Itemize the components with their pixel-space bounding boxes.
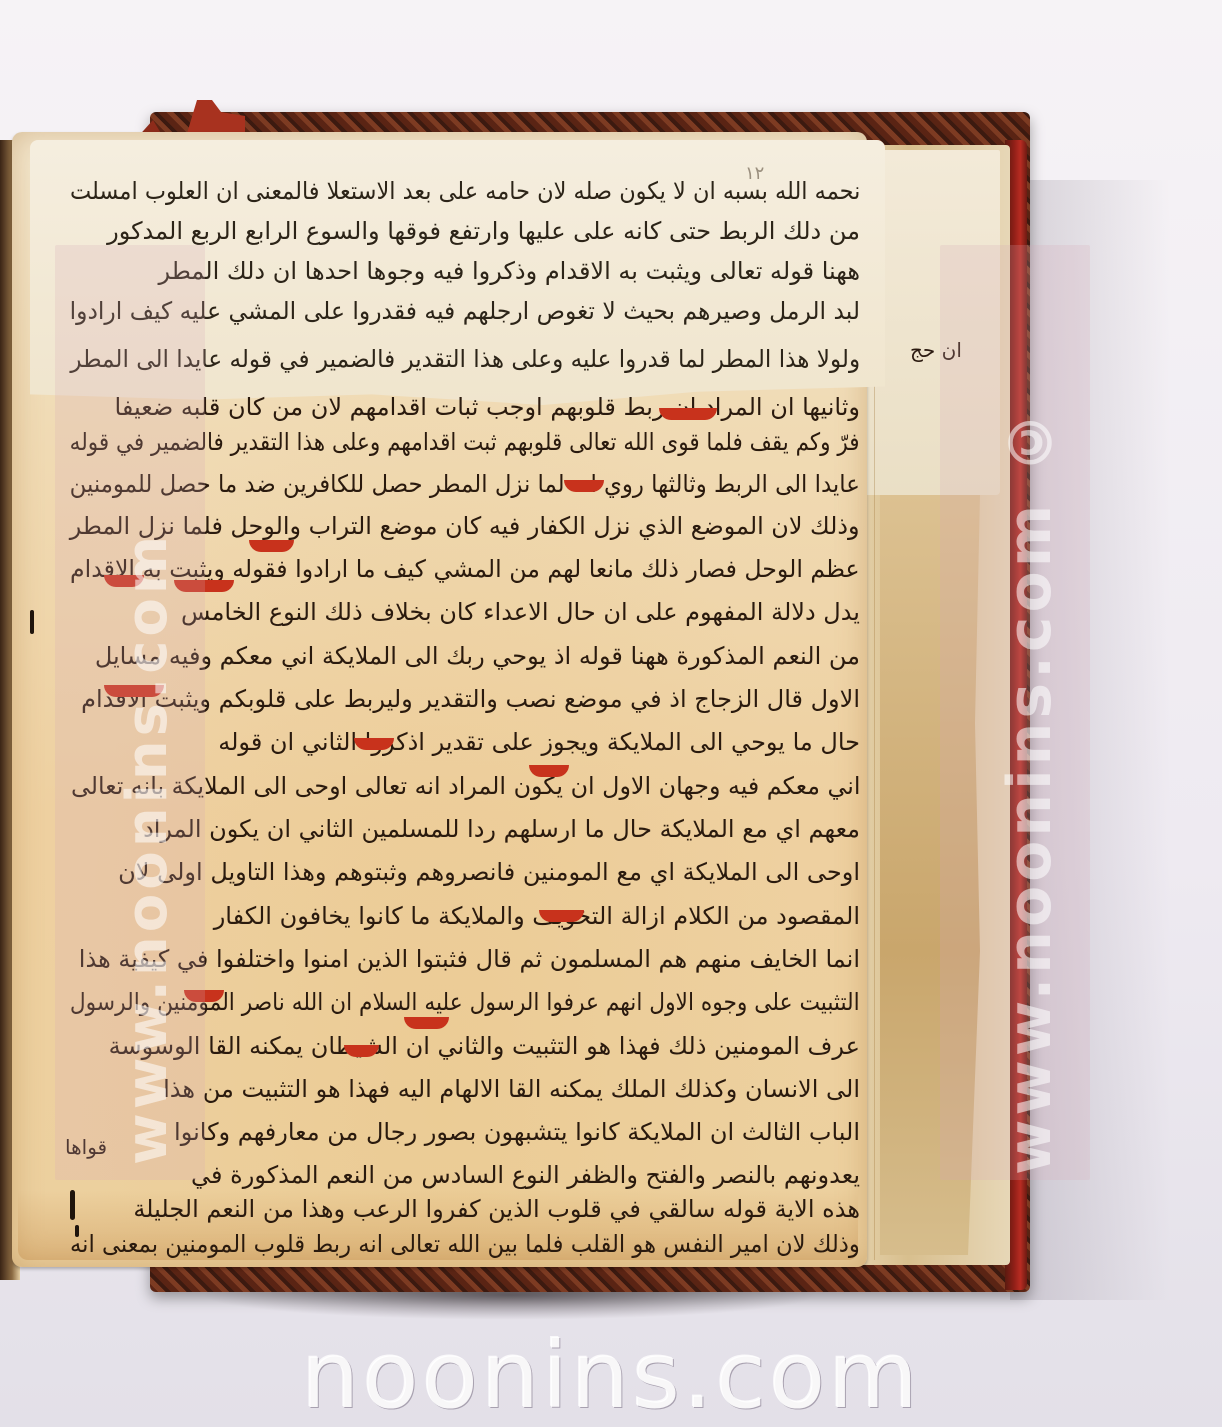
watermark-strip-right: www.noonins.com © xyxy=(940,245,1090,1180)
text-line: من النعم المذكورة ههنا قوله اذ يوحي ربك … xyxy=(95,642,860,670)
text-line: من دلك الربط حتى كانه على عليها وارتفع ف… xyxy=(107,217,860,245)
text-line: هذه الاية قوله سالقي في قلوب الذين كفروا… xyxy=(133,1195,860,1223)
watermark-right-text: www.noonins.com © xyxy=(995,255,1065,1175)
rubric-mark xyxy=(249,540,294,552)
text-line: معهم اي مع الملايكة حال ما ارسلهم ردا لل… xyxy=(143,815,860,843)
rubric-mark xyxy=(529,765,569,777)
text-line: الباب الثالث ان الملايكة كانوا يتشبهون ب… xyxy=(174,1118,860,1146)
watermark-strip-left: www.noonins.com xyxy=(55,245,205,1180)
text-line: المقصود من الكلام ازالة التخويف والملايك… xyxy=(214,902,860,930)
rubric-mark xyxy=(564,480,604,492)
text-line: ههنا قوله تعالى ويثبت به الاقدام وذكروا … xyxy=(158,257,860,285)
rubric-mark xyxy=(539,910,584,922)
text-line: وثانيها ان المراد ان ربط قلوبهم اوجب ثبا… xyxy=(115,393,860,421)
text-line: نحمه الله بسبه ان لا يكون صله لان حامه ع… xyxy=(70,177,860,205)
watermark-bottom-text: noonins.com xyxy=(0,1322,1222,1427)
text-line: يعدونهم بالنصر والفتح والظفر النوع الساد… xyxy=(191,1161,860,1189)
text-line: يدل دلالة المفهوم على ان حال الاعداء كان… xyxy=(181,598,860,626)
rubric-mark xyxy=(354,738,394,750)
text-line: اوحى الى الملايكة اي مع المومنين فانصروه… xyxy=(118,858,860,886)
ink-mark xyxy=(70,1190,75,1220)
text-line: الى الانسان وكذلك الملك يمكنه القا الاله… xyxy=(163,1075,860,1103)
ink-mark xyxy=(75,1225,79,1237)
rubric-mark xyxy=(404,1017,449,1029)
watermark-left-text: www.noonins.com xyxy=(115,265,180,1165)
rubric-mark xyxy=(659,408,717,420)
text-line: حال ما يوحي الى الملايكة ويجوز على تقدير… xyxy=(218,728,860,756)
text-line: عرف المومنين ذلك فهذا هو التثبيت والثاني… xyxy=(109,1032,860,1060)
ink-mark xyxy=(30,610,34,634)
text-line: وذلك لان امير النفس هو القلب فلما بين ال… xyxy=(70,1230,860,1258)
